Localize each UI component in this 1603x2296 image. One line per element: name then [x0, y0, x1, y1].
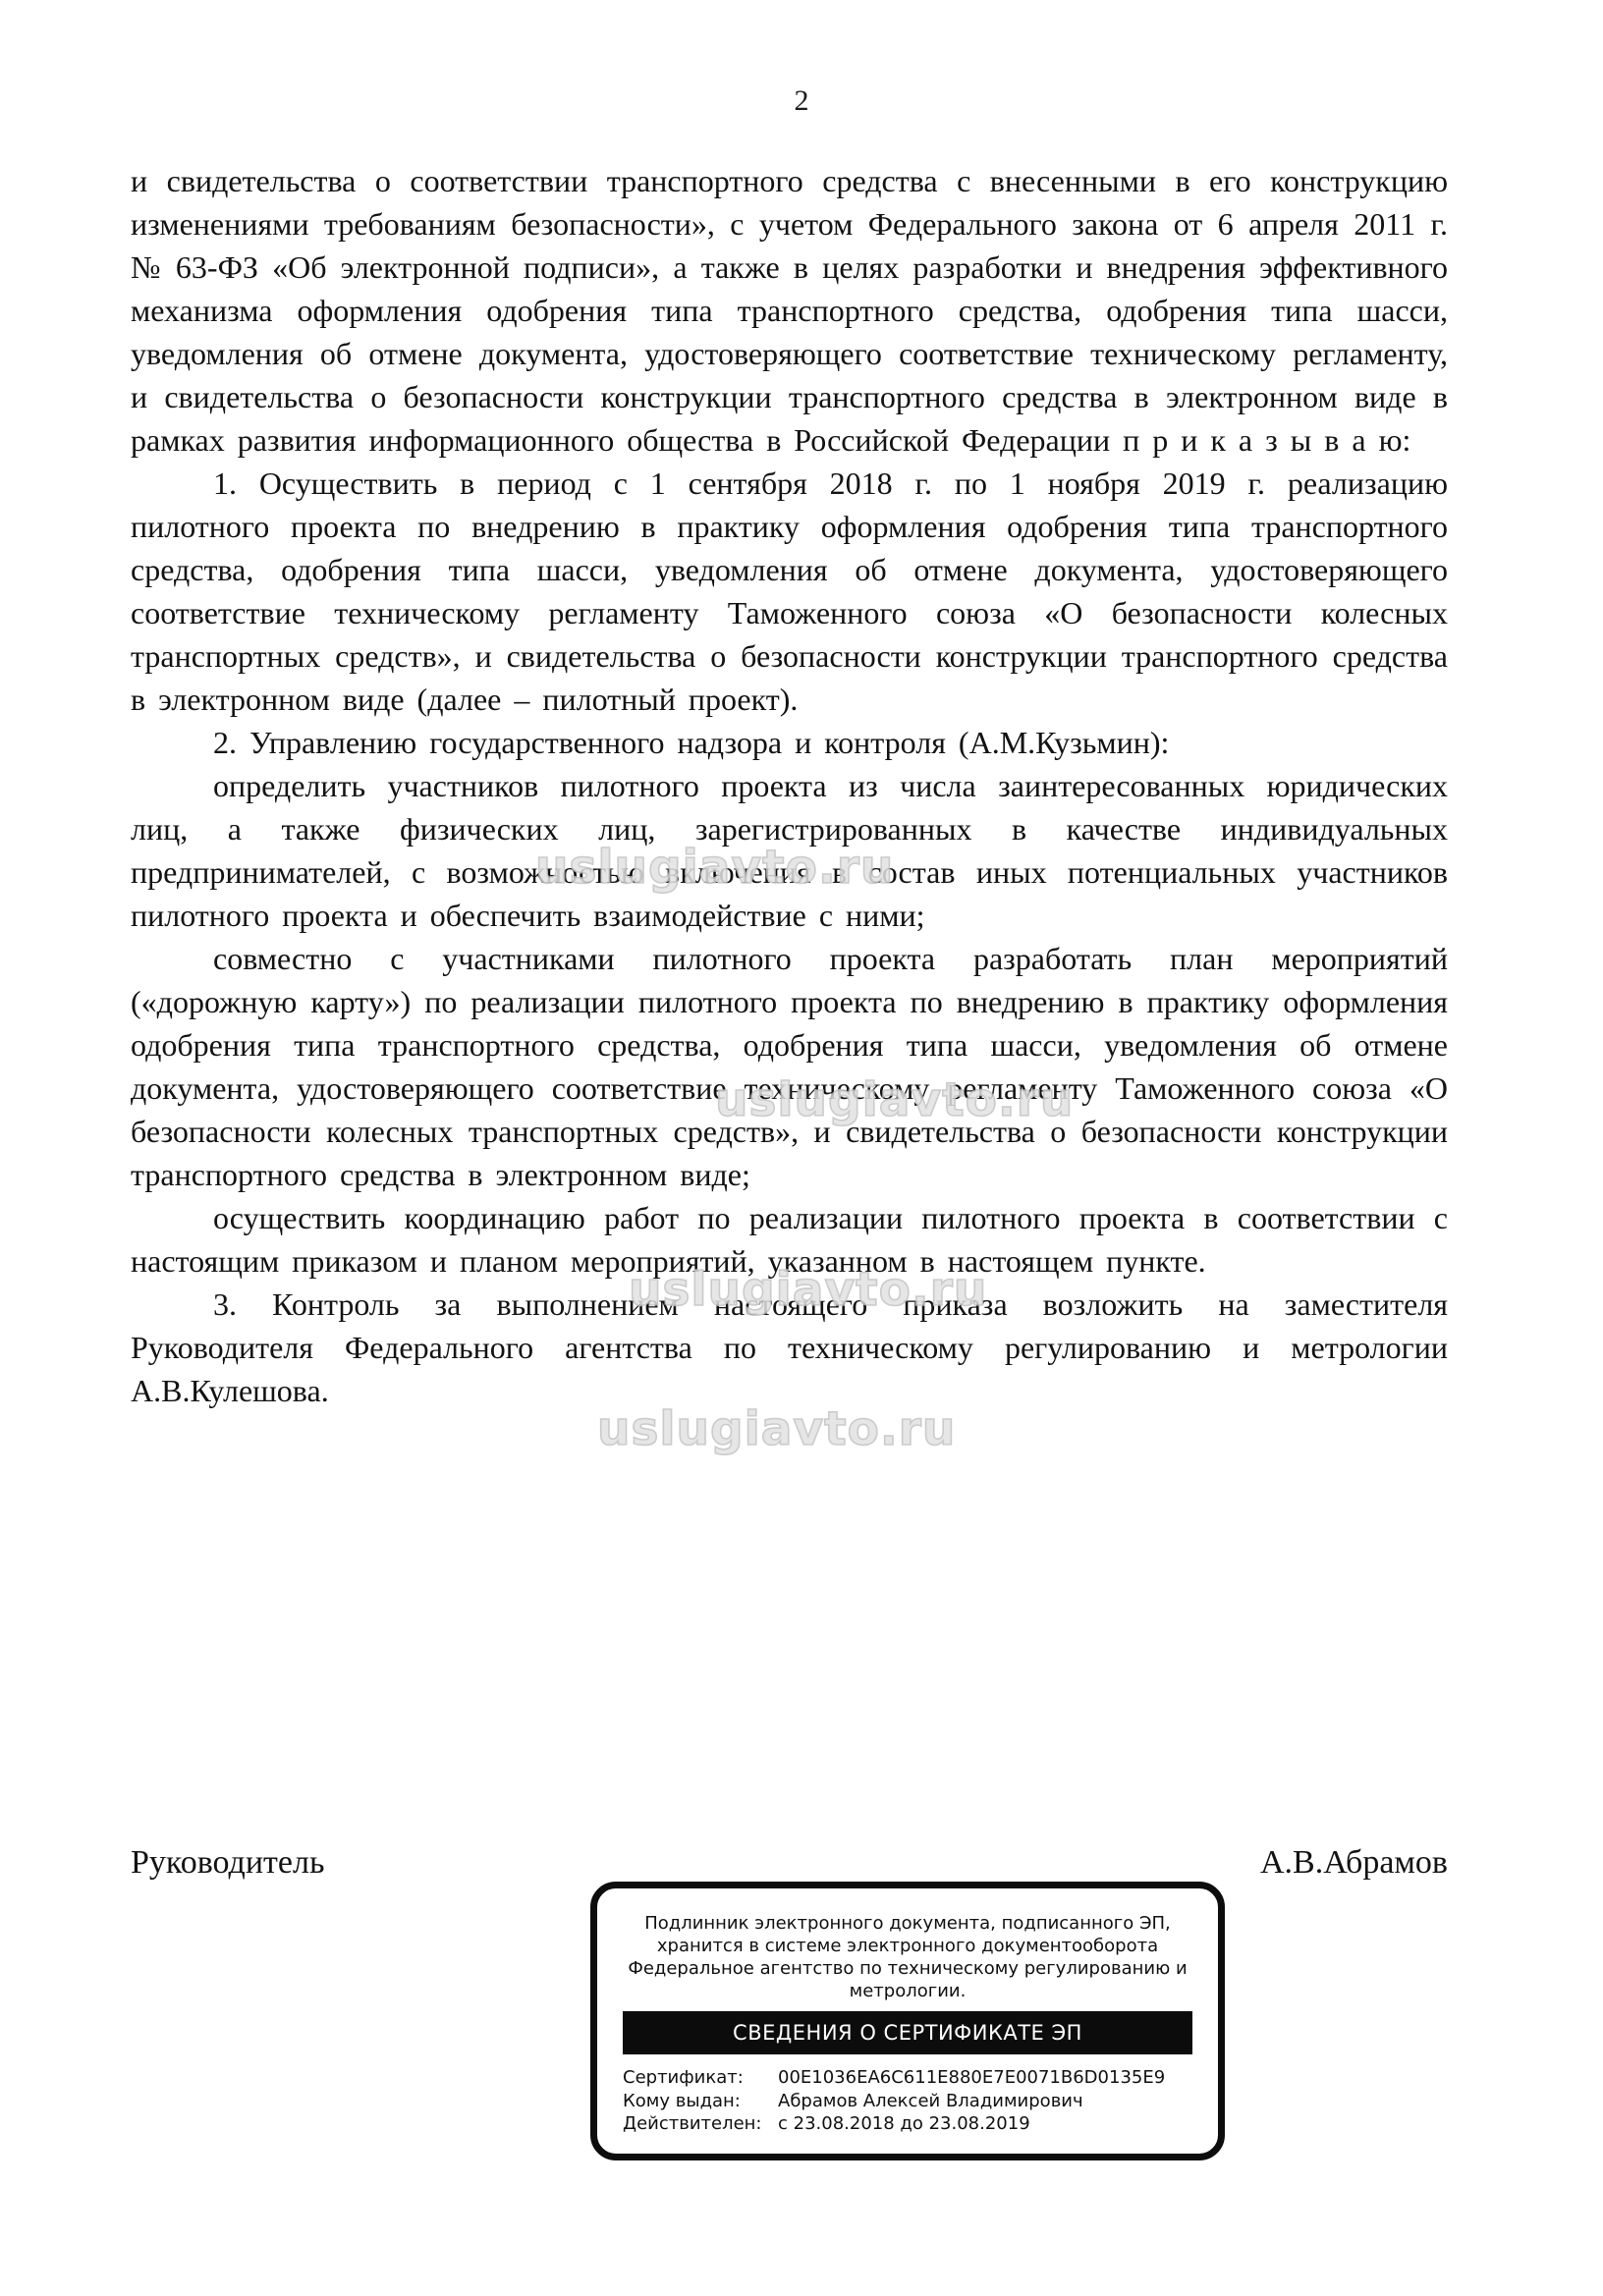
page-number: 2	[0, 84, 1603, 118]
certificate-number-row: Сертификат:00E1036EA6C611E880E7E0071B6D0…	[623, 2066, 1208, 2090]
certificate-owner-value: Абрамов Алексей Владимирович	[778, 2091, 1083, 2111]
paragraph-subitem-define: определить участников пилотного проекта …	[131, 764, 1448, 937]
paragraph-continuation: и свидетельства о соответствии транспорт…	[131, 159, 1448, 462]
certificate-owner-label: Кому выдан:	[623, 2090, 778, 2113]
certificate-validity-value: с 23.08.2018 до 23.08.2019	[778, 2113, 1030, 2134]
certificate-number-value: 00E1036EA6C611E880E7E0071B6D0135E9	[778, 2067, 1165, 2088]
stamp-header: Подлинник электронного документа, подпис…	[597, 1888, 1218, 2002]
paragraph-item-3: 3. Контроль за выполнением настоящего пр…	[131, 1283, 1448, 1412]
stamp-header-line: Федеральное агентство по техническому ре…	[627, 1957, 1188, 1980]
paragraph-item-1: 1. Осуществить в период с 1 сентября 201…	[131, 462, 1448, 721]
certificate-validity-row: Действителен:с 23.08.2018 до 23.08.2019	[623, 2112, 1208, 2136]
stamp-header-line: Подлинник электронного документа, подпис…	[627, 1912, 1188, 1935]
electronic-signature-stamp: Подлинник электронного документа, подпис…	[590, 1882, 1225, 2160]
certificate-fields: Сертификат:00E1036EA6C611E880E7E0071B6D0…	[597, 2054, 1218, 2136]
signature-name: А.В.Абрамов	[1260, 1844, 1448, 1882]
certificate-info-bar: СВЕДЕНИЯ О СЕРТИФИКАТЕ ЭП	[623, 2011, 1192, 2054]
paragraph-item-2: 2. Управлению государственного надзора и…	[131, 721, 1448, 764]
document-page: 2 и свидетельства о соответствии транспо…	[0, 0, 1603, 2296]
paragraph-subitem-coordination: осуществить координацию работ по реализа…	[131, 1196, 1448, 1283]
stamp-header-line: хранится в системе электронного документ…	[627, 1935, 1188, 1957]
signature-row: Руководитель А.В.Абрамов	[131, 1844, 1448, 1882]
document-body: и свидетельства о соответствии транспорт…	[131, 159, 1448, 1412]
stamp-header-line: метрологии.	[627, 1980, 1188, 2002]
paragraph-subitem-plan: совместно с участниками пилотного проект…	[131, 937, 1448, 1196]
certificate-validity-label: Действителен:	[623, 2112, 778, 2136]
signature-title: Руководитель	[131, 1844, 324, 1882]
certificate-owner-row: Кому выдан:Абрамов Алексей Владимирович	[623, 2090, 1208, 2113]
certificate-number-label: Сертификат:	[623, 2066, 778, 2090]
